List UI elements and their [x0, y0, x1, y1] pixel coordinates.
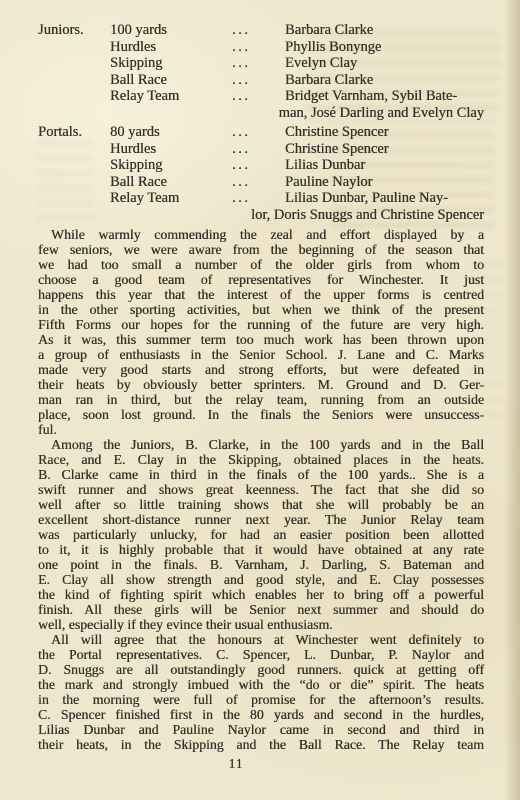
result-row: Hurdles...Christine Spencer — [38, 141, 484, 158]
group-label: Portals. — [38, 124, 110, 141]
text-line: to it, it is highly probable that it wou… — [38, 542, 484, 557]
winner-name: Pauline Naylor — [285, 174, 484, 191]
text-line: man ran in third, but the relay team, ru… — [38, 392, 484, 407]
text-line: the Portal representatives. C. Spencer, … — [38, 647, 484, 662]
text-line: Fifth Forms our hopes for the running of… — [38, 317, 484, 332]
group-label — [38, 72, 110, 89]
winner-name: Barbara Clarke — [285, 22, 484, 39]
event-name: Relay Team — [110, 88, 232, 105]
winner-name: Phyllis Bonynge — [285, 39, 484, 56]
text-line: well after so little training shows that… — [38, 497, 484, 512]
results-table: Juniors.100 yards...Barbara ClarkeHurdle… — [38, 22, 484, 223]
group-label: Juniors. — [38, 22, 110, 39]
text-line: in the other sporting activities, but wh… — [38, 302, 484, 317]
text-line: All will agree that the honours at Winch… — [38, 632, 484, 647]
text-line: C. Spencer finished first in the 80 yard… — [38, 707, 484, 722]
winner-name-continued: man, José Darling and Evelyn Clay — [110, 105, 484, 122]
text-line: place, soon lost ground. In the finals t… — [38, 407, 484, 422]
text-line: B. Clarke came in third in the finals of… — [38, 467, 484, 482]
event-name: 80 yards — [110, 124, 232, 141]
text-line: D. Snuggs are all outstandingly good run… — [38, 662, 484, 677]
text-line: one point in the finals. B. Varnham, J. … — [38, 557, 484, 572]
text-line: well, especially if they evince their us… — [38, 617, 484, 632]
result-row: Ball Race...Pauline Naylor — [38, 174, 484, 191]
page-edge-shadow — [504, 0, 520, 800]
event-name: Hurdles — [110, 141, 232, 158]
text-line: their heats, in the Skipping and the Bal… — [38, 737, 484, 752]
result-row: Portals.80 yards...Christine Spencer — [38, 124, 484, 141]
group-label — [38, 141, 110, 158]
text-line: the kind of fighting spirit which enable… — [38, 587, 484, 602]
text-line: Lilias Dunbar and Pauline Naylor came in… — [38, 722, 484, 737]
dots-separator: ... — [232, 124, 285, 141]
event-name: Ball Race — [110, 174, 232, 191]
results-group: Juniors.100 yards...Barbara ClarkeHurdle… — [38, 22, 484, 121]
text-line: in the morning were full of promise for … — [38, 692, 484, 707]
winner-name: Evelyn Clay — [285, 55, 484, 72]
text-line: their heats by obviously better sprinter… — [38, 377, 484, 392]
event-name: Hurdles — [110, 39, 232, 56]
winner-name: Christine Spencer — [285, 124, 484, 141]
article-text: While warmly commending the zeal and eff… — [38, 227, 484, 752]
winner-name: Lilias Dunbar, Pauline Nay- — [285, 190, 484, 207]
paragraph: Among the Juniors, B. Clarke, in the 100… — [38, 437, 484, 632]
dots-separator: ... — [232, 22, 285, 39]
dots-separator: ... — [232, 88, 285, 105]
text-line: ful. — [38, 422, 484, 437]
results-group: Portals.80 yards...Christine SpencerHurd… — [38, 124, 484, 223]
paragraph: While warmly commending the zeal and eff… — [38, 227, 484, 437]
text-line: Among the Juniors, B. Clarke, in the 100… — [38, 437, 484, 452]
result-row: Skipping...Lilias Dunbar — [38, 157, 484, 174]
text-line: E. Clay all show strength and good style… — [38, 572, 484, 587]
text-line: few seniors, we were aware from the begi… — [38, 242, 484, 257]
winner-name: Bridget Varnham, Sybil Bate- — [285, 88, 484, 105]
text-line: a group of enthusiasts in the Senior Sch… — [38, 347, 484, 362]
dots-separator: ... — [232, 157, 285, 174]
text-line: the mark and strongly imbued with the “d… — [38, 677, 484, 692]
text-line: we had too small a number of the older g… — [38, 257, 484, 272]
dots-separator: ... — [232, 190, 285, 207]
winner-name: Christine Spencer — [285, 141, 484, 158]
group-label — [38, 157, 110, 174]
text-line: While warmly commending the zeal and eff… — [38, 227, 484, 242]
text-line: excellent short-distance runner next yea… — [38, 512, 484, 527]
winner-name-continued: lor, Doris Snuggs and Christine Spencer — [110, 207, 484, 224]
winner-name: Lilias Dunbar — [285, 157, 484, 174]
dots-separator: ... — [232, 55, 285, 72]
result-row: Juniors.100 yards...Barbara Clarke — [38, 22, 484, 39]
result-row: Skipping...Evelyn Clay — [38, 55, 484, 72]
page-number: 11 — [218, 756, 254, 772]
text-line: happens this year that the interest of t… — [38, 287, 484, 302]
text-line: Race, and E. Clay in the Skipping, obtai… — [38, 452, 484, 467]
group-label — [38, 190, 110, 207]
group-label — [38, 39, 110, 56]
group-label — [38, 88, 110, 105]
dots-separator: ... — [232, 174, 285, 191]
group-label — [38, 174, 110, 191]
result-row: Relay Team...Bridget Varnham, Sybil Bate… — [38, 88, 484, 105]
event-name: Skipping — [110, 55, 232, 72]
group-label — [38, 55, 110, 72]
event-name: 100 yards — [110, 22, 232, 39]
text-line: was particularly unlucky, for had an eas… — [38, 527, 484, 542]
event-name: Relay Team — [110, 190, 232, 207]
result-row: Ball Race...Barbara Clarke — [38, 72, 484, 89]
scanned-magazine-page: Juniors.100 yards...Barbara ClarkeHurdle… — [0, 0, 520, 800]
dots-separator: ... — [232, 72, 285, 89]
result-row: Hurdles...Phyllis Bonynge — [38, 39, 484, 56]
text-line: swift runner and shows great keenness. T… — [38, 482, 484, 497]
text-line: made very good starts and strong efforts… — [38, 362, 484, 377]
result-row: Relay Team...Lilias Dunbar, Pauline Nay- — [38, 190, 484, 207]
dots-separator: ... — [232, 141, 285, 158]
text-line: finish. All these girls will be Senior n… — [38, 602, 484, 617]
text-line: As it was, this summer term too much wor… — [38, 332, 484, 347]
page-content: Juniors.100 yards...Barbara ClarkeHurdle… — [38, 22, 484, 752]
text-line: choose a good team of representatives fo… — [38, 272, 484, 287]
event-name: Ball Race — [110, 72, 232, 89]
winner-name: Barbara Clarke — [285, 72, 484, 89]
paragraph: All will agree that the honours at Winch… — [38, 632, 484, 752]
event-name: Skipping — [110, 157, 232, 174]
dots-separator: ... — [232, 39, 285, 56]
